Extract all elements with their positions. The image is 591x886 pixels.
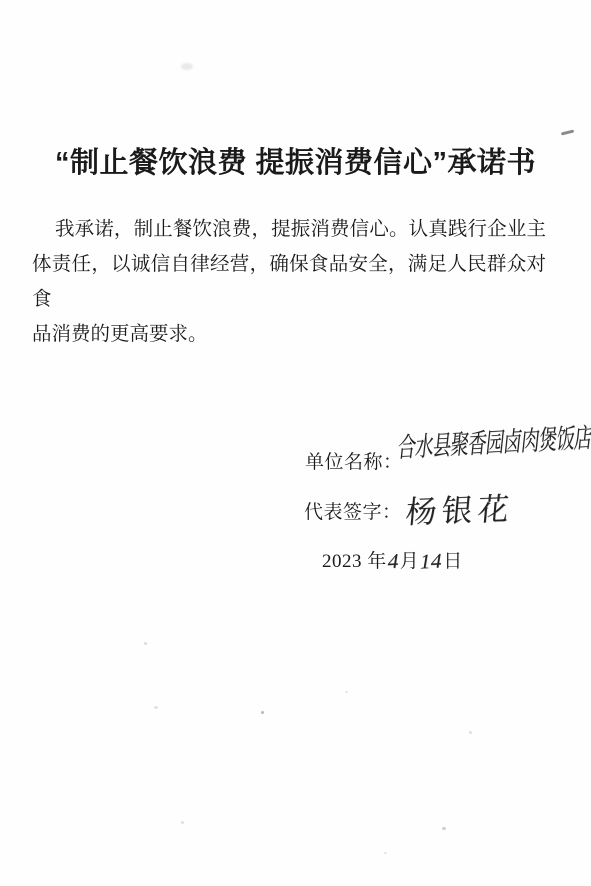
date-month-unit: 月	[400, 551, 420, 572]
date-month-handwritten: 4	[386, 551, 400, 573]
body-line-2: 体责任，以诚信自律经营，确保食品安全，满足人民群众对食	[32, 247, 546, 317]
document-title: “制止餐饮浪费 提振消费信心”承诺书	[0, 140, 591, 181]
date-day-handwritten: 14	[418, 550, 444, 572]
representative-signature-handwritten: 杨银花	[404, 483, 516, 532]
pen-dash-artifact	[561, 129, 574, 135]
scanned-document-page: “制止餐饮浪费 提振消费信心”承诺书 我承诺，制止餐饮浪费，提振消费信心。认真践…	[0, 0, 591, 886]
date-day-unit: 日	[443, 551, 463, 572]
unit-name-label: 单位名称：	[305, 447, 403, 474]
body-line-3: 品消费的更高要求。	[32, 317, 546, 352]
scan-speck	[345, 691, 348, 693]
scan-speck	[154, 706, 158, 709]
body-line-1: 我承诺，制止餐饮浪费，提振消费信心。认真践行企业主	[32, 212, 546, 247]
scan-speck	[144, 642, 147, 645]
representative-label: 代表签字：	[304, 497, 402, 524]
date-line: 2023 年4月14日	[322, 546, 463, 573]
scan-speck	[261, 711, 264, 714]
body-paragraph: 我承诺，制止餐饮浪费，提振消费信心。认真践行企业主 体责任，以诚信自律经营，确保…	[32, 212, 546, 352]
date-year: 2023 年	[322, 551, 387, 572]
scan-speck	[442, 827, 446, 830]
scan-speck	[469, 731, 472, 734]
scan-speck	[384, 852, 387, 854]
scan-smudge	[181, 63, 193, 70]
scan-speck	[181, 821, 184, 824]
unit-name-handwritten: 合水县聚香园卤肉煲饭店	[396, 416, 591, 465]
